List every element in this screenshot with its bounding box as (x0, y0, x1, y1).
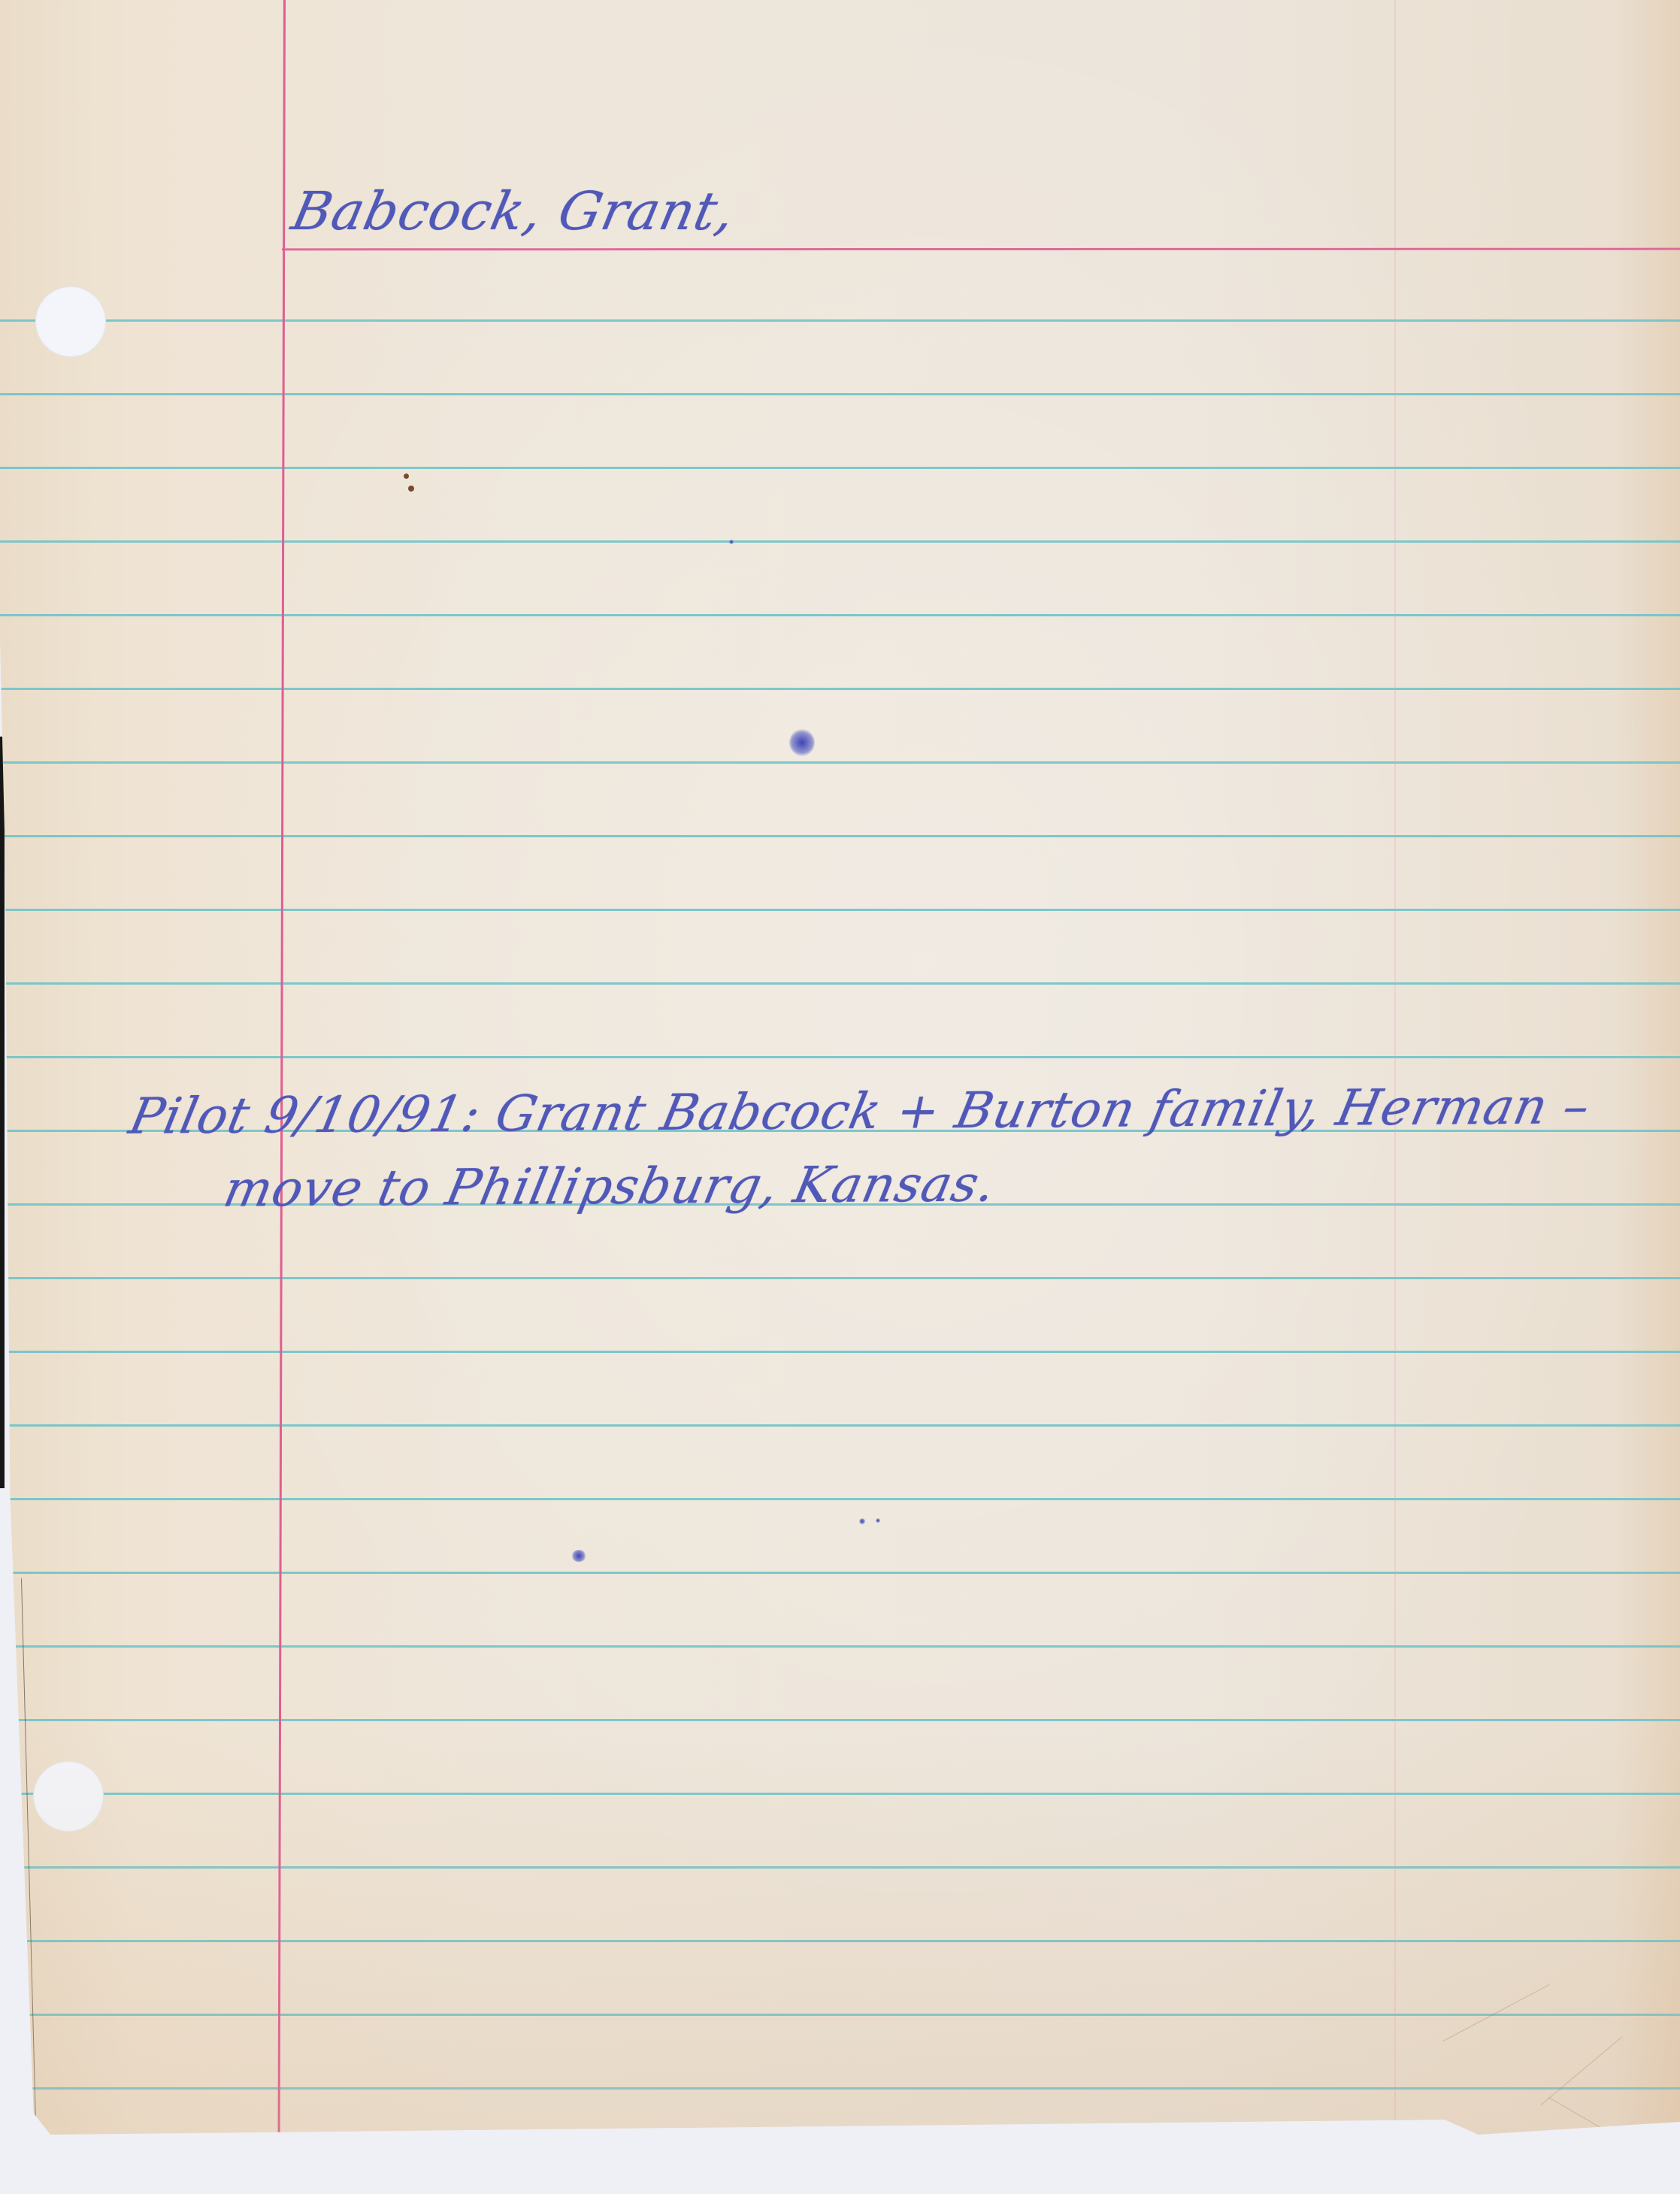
document-header: Babcock, Grant, (286, 180, 740, 242)
ruled-line (0, 1572, 1680, 1574)
punch-hole-top (35, 286, 106, 357)
faint-vertical-line (1394, 0, 1396, 2135)
ink-blot (789, 729, 815, 756)
ruled-line (0, 688, 1680, 690)
ruled-line (0, 1424, 1680, 1427)
ruled-line (0, 467, 1680, 469)
ruled-line (0, 1277, 1680, 1279)
ink-dot (859, 1518, 865, 1524)
ruled-line (0, 909, 1680, 911)
punch-hole-bottom (33, 1761, 104, 1832)
ink-dot (876, 1518, 880, 1523)
ruled-line (0, 1498, 1680, 1500)
crease (1541, 2037, 1622, 2105)
ruled-line (0, 1719, 1680, 1721)
lined-paper-page: Babcock, Grant, Pilot 9/10/91: Grant Bab… (0, 0, 1680, 2135)
top-margin-line (282, 248, 1680, 251)
ruled-line (0, 1056, 1680, 1058)
scanner-edge-strip (0, 737, 5, 1488)
ruled-line (0, 319, 1680, 322)
rust-spot (408, 486, 414, 492)
ruled-line (0, 2014, 1680, 2016)
ruled-line (0, 540, 1680, 543)
rust-spot (404, 474, 409, 479)
crease (1548, 2097, 1627, 2143)
ruled-line (0, 982, 1680, 985)
ruled-line (0, 1645, 1680, 1648)
ruled-line (0, 2087, 1680, 2090)
note-line-1: Pilot 9/10/91: Grant Babcock + Burton fa… (125, 1077, 1596, 1145)
ruled-line (0, 1866, 1680, 1869)
crease (1443, 1984, 1550, 2041)
note-line-2: move to Phillipsburg, Kansas. (219, 1154, 1000, 1218)
ruled-line (0, 835, 1680, 837)
ruled-line (0, 1940, 1680, 1942)
ruled-line (0, 393, 1680, 395)
ruled-line (0, 1351, 1680, 1353)
ruled-line (0, 761, 1680, 764)
ruled-line (0, 614, 1680, 616)
ruled-line (0, 1793, 1680, 1795)
paper-fold-edge (21, 1578, 36, 2135)
ink-dot (729, 540, 734, 544)
ink-blot (571, 1550, 586, 1562)
